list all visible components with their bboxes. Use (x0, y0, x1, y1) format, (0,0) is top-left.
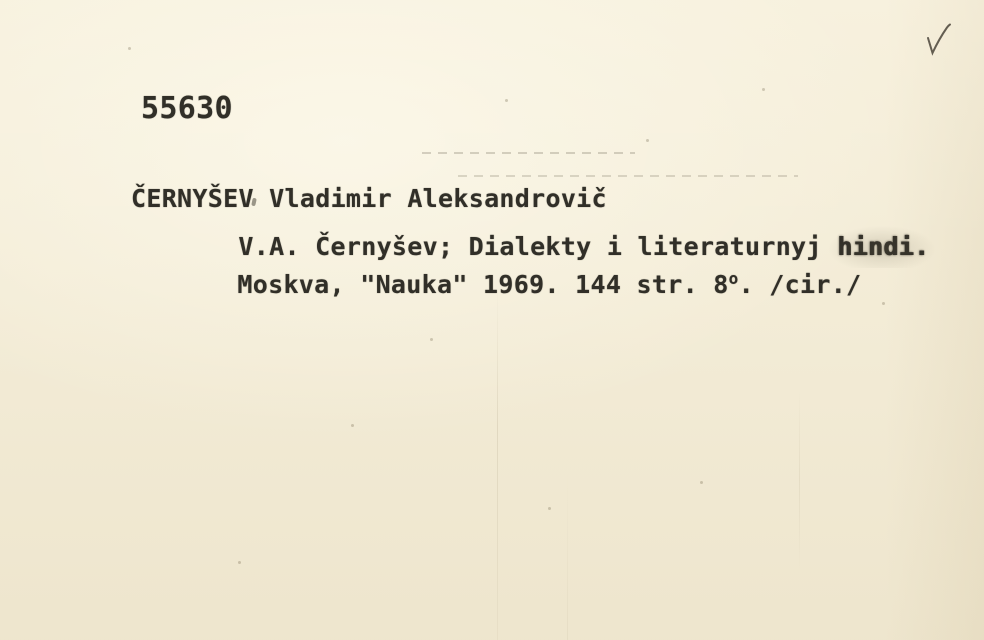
catalog-number: 55630 (141, 94, 233, 124)
paper-crease (497, 285, 498, 640)
paper-speck (700, 481, 703, 484)
imprint-text: Moskva, "Nauka" 1969. 144 str. 8 (237, 270, 728, 299)
faded-type-impression (458, 175, 798, 177)
faded-type-impression (422, 152, 635, 154)
paper-speck (351, 424, 354, 427)
author-heading: ČERNYŠEV Vladimir Aleksandrovič (131, 186, 607, 211)
paper-speck (548, 507, 551, 510)
paper-speck (762, 88, 765, 91)
paper-speck (646, 139, 649, 142)
imprint-line: Moskva, "Nauka" 1969. 144 str. 8o. /cir.… (176, 247, 861, 322)
paper-speck (128, 47, 131, 50)
paper-speck (505, 99, 508, 102)
paper-speck (882, 302, 885, 305)
paper-crease (567, 470, 568, 640)
checkmark-icon (918, 20, 958, 60)
catalog-card: 55630 ČERNYŠEV Vladimir Aleksandrovič V.… (0, 0, 984, 640)
paper-speck (430, 338, 433, 341)
paper-crease (799, 390, 800, 570)
paper-speck (238, 561, 241, 564)
imprint-text-end: . /cir./ (739, 270, 862, 299)
imprint-superscript-format: o (729, 271, 739, 287)
